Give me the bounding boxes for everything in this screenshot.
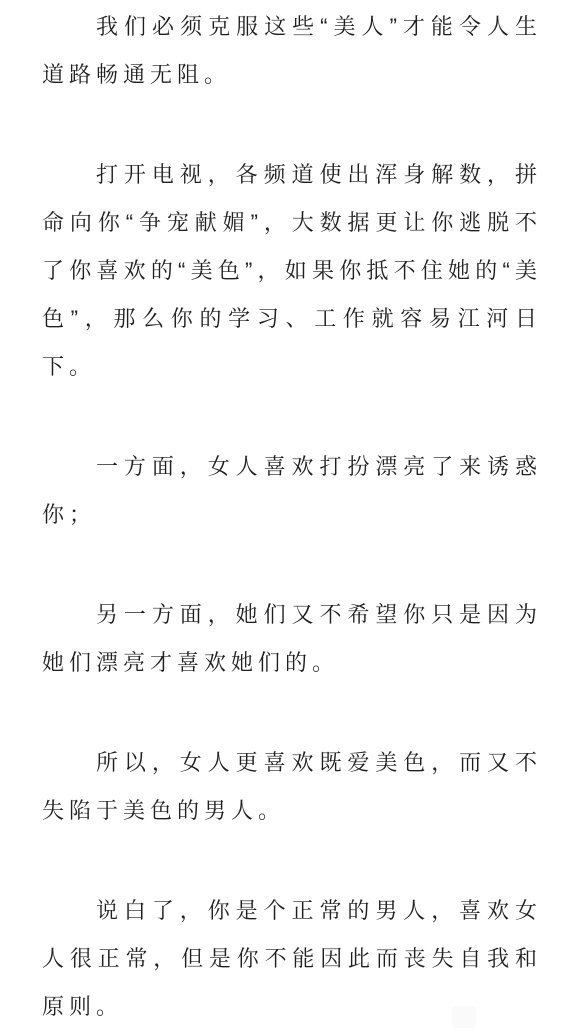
reader-page: 我们必须克服这些“美人”才能令人生道路畅通无阻。 打开电视，各频道使出浑身解数，…	[0, 0, 580, 1032]
paragraph-6: 说白了，你是个正常的男人，喜欢女人很正常，但是你不能因此而丧失自我和原则。	[42, 887, 542, 1031]
paragraph-1: 我们必须克服这些“美人”才能令人生道路畅通无阻。	[42, 3, 542, 99]
paragraph-5: 所以，女人更喜欢既爱美色，而又不失陷于美色的男人。	[42, 739, 542, 835]
paragraph-2: 打开电视，各频道使出浑身解数，拼命向你“争宠献媚”，大数据更让你逃脱不了你喜欢的…	[42, 151, 542, 391]
paragraph-4: 另一方面，她们又不希望你只是因为她们漂亮才喜欢她们的。	[42, 591, 542, 687]
paragraph-3: 一方面，女人喜欢打扮漂亮了来诱惑你；	[42, 443, 542, 539]
